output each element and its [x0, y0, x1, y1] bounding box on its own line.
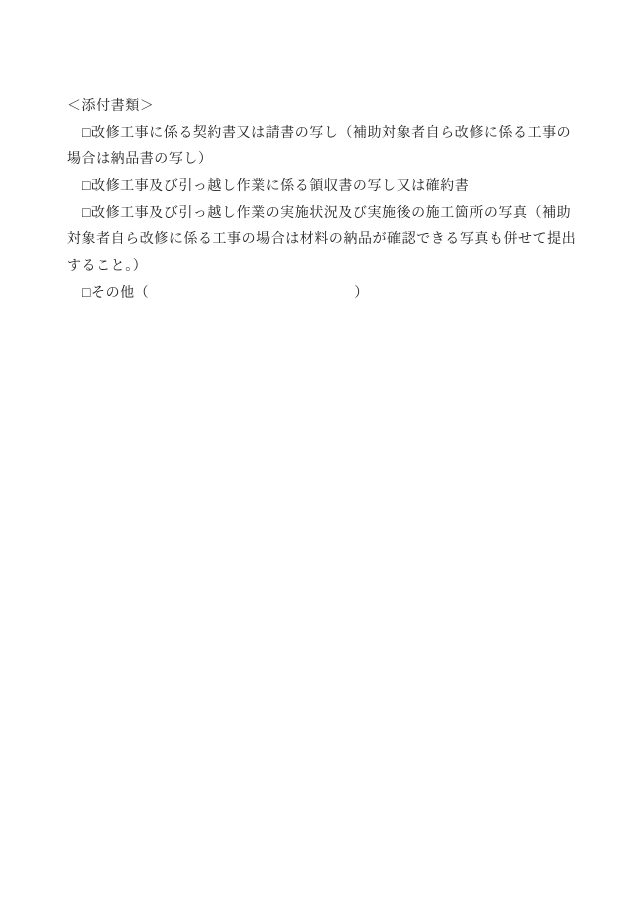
checklist-item-line: □改修工事及び引っ越し作業に係る領収書の写し又は確約書	[67, 174, 586, 201]
attachment-documents-section: ＜添付書類＞ □改修工事に係る契約書又は請書の写し（補助対象者自ら改修に係る工事…	[0, 0, 630, 308]
item-text: 改修工事及び引っ越し作業に係る領収書の写し又は確約書	[91, 179, 469, 194]
checklist-item-line: □その他（）	[67, 281, 586, 308]
item-text-continuation: 場合は納品書の写し）	[67, 147, 586, 174]
closing-paren: ）	[354, 286, 369, 301]
checklist-item: □改修工事に係る契約書又は請書の写し（補助対象者自ら改修に係る工事の 場合は納品…	[67, 121, 586, 174]
item-text-continuation: すること。）	[67, 254, 586, 281]
checkbox-icon: □	[82, 126, 91, 141]
item-text-continuation: 対象者自ら改修に係る工事の場合は材料の納品が確認できる写真も併せて提出	[67, 227, 586, 254]
document-page: ＜添付書類＞ □改修工事に係る契約書又は請書の写し（補助対象者自ら改修に係る工事…	[0, 0, 630, 903]
checklist-item-line: □改修工事及び引っ越し作業の実施状況及び実施後の施工箇所の写真（補助	[67, 201, 586, 228]
checkbox-icon: □	[82, 179, 91, 194]
item-text: 改修工事に係る契約書又は請書の写し（補助対象者自ら改修に係る工事の	[91, 126, 571, 141]
blank-fill-in-field	[149, 296, 354, 297]
checkbox-icon: □	[82, 206, 91, 221]
checklist-item-other: □その他（）	[67, 281, 586, 308]
checklist-item: □改修工事及び引っ越し作業の実施状況及び実施後の施工箇所の写真（補助 対象者自ら…	[67, 201, 586, 281]
checklist-item-line: □改修工事に係る契約書又は請書の写し（補助対象者自ら改修に係る工事の	[67, 121, 586, 148]
checklist-item: □改修工事及び引っ越し作業に係る領収書の写し又は確約書	[67, 174, 586, 201]
item-text: その他（	[91, 286, 149, 301]
item-text: 改修工事及び引っ越し作業の実施状況及び実施後の施工箇所の写真（補助	[91, 206, 571, 221]
checkbox-icon: □	[82, 286, 91, 301]
section-title: ＜添付書類＞	[67, 94, 586, 121]
